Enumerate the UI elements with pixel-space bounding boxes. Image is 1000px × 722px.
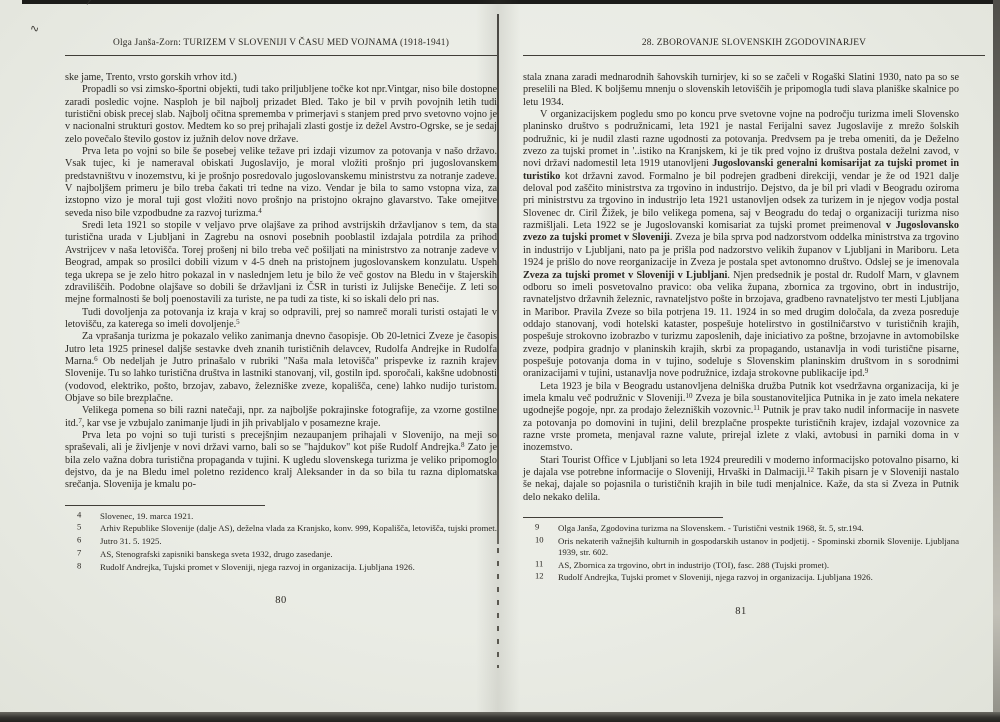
scan-edge-bottom (0, 712, 1000, 722)
footnote-number: 10 (535, 534, 549, 556)
paragraph: V organizacijskem pogledu smo po koncu p… (523, 109, 959, 381)
footnote: 11AS, Zbornica za trgovino, obrt in indu… (523, 560, 959, 571)
text-run: Ob nedeljah je Jutro prinašalo v rubriki… (65, 356, 497, 404)
right-page: 28. ZBOROVANJE SLOVENSKIH ZGODOVINARJEV … (523, 38, 959, 617)
footnote-number: 4 (77, 509, 91, 520)
text-run: ske jame, Trento, vrsto gorskih vrhov it… (65, 72, 237, 83)
footnote-number: 9 (535, 522, 549, 533)
footnote-marker: 9 (865, 367, 869, 375)
paragraph: Prva leta po vojni so bile še posebej ve… (65, 146, 497, 220)
footnote: 4Slovenec, 19. marca 1921. (65, 511, 497, 522)
paragraph: ske jame, Trento, vrsto gorskih vrhov it… (65, 72, 497, 84)
emphasized-text: Zveza za tujski promet v Sloveniji v Lju… (523, 270, 727, 281)
footnote-text: Olga Janša, Zgodovina turizma na Slovens… (549, 523, 959, 534)
paragraph: Velikega pomena so bili razni natečaji, … (65, 405, 497, 430)
footnote-number: 12 (535, 571, 549, 582)
paragraph: Prva leta po vojni so tuji turisti s pre… (65, 430, 497, 492)
page-number: 80 (65, 595, 497, 606)
text-run: Prva leta po vojni so tuji turisti s pre… (65, 430, 497, 453)
footnote: 9Olga Janša, Zgodovina turizma na Sloven… (523, 523, 959, 534)
footnote-rule (523, 517, 723, 518)
text-run: stala znana zaradi mednarodnih šahovskih… (523, 72, 959, 108)
running-head: Olga Janša-Zorn: TURIZEM V SLOVENIJI V Č… (65, 38, 497, 56)
footnote-number: 5 (77, 522, 91, 533)
page-number: 81 (523, 606, 959, 617)
paragraph: Tudi dovoljenja za potovanja iz kraja v … (65, 307, 497, 332)
text-run: , kar vse je vzbujalo zanimanje ljudi in… (82, 418, 381, 429)
footnote-number: 11 (535, 558, 549, 569)
footnote: 8Rudolf Andrejka, Tujski promet v Sloven… (65, 562, 497, 573)
footnote-marker: 5 (236, 318, 240, 326)
handwritten-mark: ∿ (29, 21, 40, 35)
running-head: 28. ZBOROVANJE SLOVENSKIH ZGODOVINARJEV (523, 38, 985, 56)
footnote-number: 7 (77, 547, 91, 558)
footnote-rule (65, 505, 265, 506)
paragraph: Leta 1923 je bila v Beogradu ustanovljen… (523, 381, 959, 455)
left-page: Olga Janša-Zorn: TURIZEM V SLOVENIJI V Č… (65, 38, 497, 606)
footnote-number: 8 (77, 560, 91, 571)
footnote: 12Rudolf Andrejka, Tujski promet v Slove… (523, 572, 959, 583)
page-body: stala znana zaradi mednarodnih šahovskih… (523, 72, 959, 504)
text-run: Sredi leta 1921 so stopile v veljavo prv… (65, 220, 497, 305)
text-run: . Njen predsednik je postal dr. Rudolf M… (523, 270, 959, 380)
paragraph: Stari Tourist Office v Ljubljani so leta… (523, 455, 959, 504)
paragraph: Za vprašanja turizma je pokazalo veliko … (65, 331, 497, 405)
footnote-text: Arhiv Republike Slovenije (dalje AS), de… (91, 523, 497, 534)
footnote-number: 6 (77, 535, 91, 546)
text-run: Propadli so vsi zimsko-športni objekti, … (65, 84, 497, 144)
page-body: ske jame, Trento, vrsto gorskih vrhov it… (65, 72, 497, 492)
footnote-text: AS, Stenografski zapisniki banskega svet… (91, 549, 497, 560)
page-gutter-line-dashed (497, 548, 499, 668)
footnote-text: Rudolf Andrejka, Tujski promet v Sloveni… (549, 572, 959, 583)
footnote: 10Oris nekaterih važnejših kulturnih in … (523, 536, 959, 558)
footnote-text: Jutro 31. 5. 1925. (91, 536, 497, 547)
footnote: 6Jutro 31. 5. 1925. (65, 536, 497, 547)
text-run: Tudi dovoljenja za potovanja iz kraja v … (65, 307, 497, 330)
paragraph: Sredi leta 1921 so stopile v veljavo prv… (65, 220, 497, 306)
text-run: Prva leta po vojni so bile še posebej ve… (65, 146, 497, 219)
footnote-text: Slovenec, 19. marca 1921. (91, 511, 497, 522)
footnote: 7AS, Stenografski zapisniki banskega sve… (65, 549, 497, 560)
footnote-block: 9Olga Janša, Zgodovina turizma na Sloven… (523, 517, 959, 584)
footnote-text: AS, Zbornica za trgovino, obrt in indust… (549, 560, 959, 571)
footnote-marker: 12 (807, 466, 814, 474)
footnote-list: 9Olga Janša, Zgodovina turizma na Sloven… (523, 523, 959, 584)
footnote-marker: 4 (258, 207, 262, 215)
scan-edge-right (993, 0, 1000, 722)
footnote-block: 4Slovenec, 19. marca 1921.5Arhiv Republi… (65, 505, 497, 573)
paragraph: stala znana zaradi mednarodnih šahovskih… (523, 72, 959, 109)
footnote: 5Arhiv Republike Slovenije (dalje AS), d… (65, 523, 497, 534)
paragraph: Propadli so vsi zimsko-športni objekti, … (65, 84, 497, 146)
footnote-text: Oris nekaterih važnejših kulturnih in go… (549, 536, 959, 558)
page-gutter-line (497, 14, 499, 544)
footnote-list: 4Slovenec, 19. marca 1921.5Arhiv Republi… (65, 511, 497, 573)
footnote-text: Rudolf Andrejka, Tujski promet v Sloveni… (91, 562, 497, 573)
